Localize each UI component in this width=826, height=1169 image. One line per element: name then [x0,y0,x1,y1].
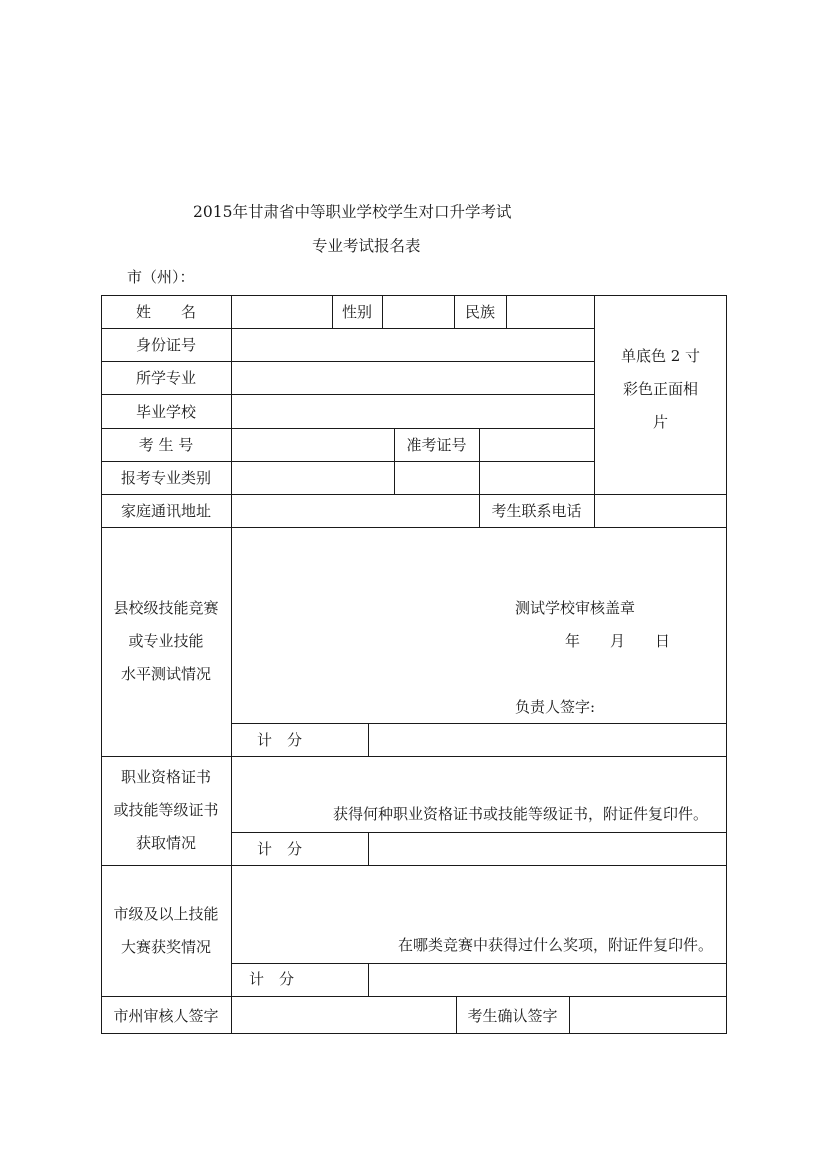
graduated-school-label: 毕业学校 [101,394,231,428]
name-label: 姓 名 [101,295,231,328]
certificate-label: 职业资格证书 或技能等级证书 获取情况 [101,756,231,865]
skill-competition-label: 县校级技能竞赛 或专业技能 水平测试情况 [101,527,231,756]
id-number-label: 身份证号 [101,328,231,361]
date-note: 年 月 日 [565,634,670,649]
admission-ticket-label: 准考证号 [394,428,479,461]
admission-ticket-field[interactable] [480,428,594,461]
city-reviewer-signature-label: 市州审核人签字 [101,996,231,1034]
gender-label: 性别 [332,295,382,328]
major-label: 所学专业 [101,361,231,394]
skill-competition-field[interactable] [232,528,726,723]
photo-placeholder[interactable]: 单底色 2 寸 彩色正面相 片 [595,340,726,440]
certificate-score-field[interactable] [369,833,726,865]
candidate-confirm-signature-label: 考生确认签字 [456,996,569,1034]
exam-major-category-field[interactable] [232,461,394,494]
candidate-confirm-signature-field[interactable] [570,997,726,1033]
name-field[interactable] [232,295,332,328]
city-award-label: 市级及以上技能 大赛获奖情况 [101,866,231,996]
photo-note-line3: 片 [653,406,668,439]
phone-label: 考生联系电话 [479,494,594,527]
signature-note: 负责人签字: [515,700,595,715]
candidate-number-field[interactable] [232,428,394,461]
school-stamp-note: 测试学校审核盖章 [515,601,635,616]
certificate-hint: 获得何种职业资格证书或技能等级证书，附证件复印件。 [333,807,708,822]
city-reviewer-signature-field[interactable] [232,997,456,1033]
form-title-line2: 专业考试报名表 [312,239,421,255]
city-label: 市（州）： [127,270,195,285]
phone-field[interactable] [595,494,726,527]
candidate-number-label: 考 生 号 [101,428,231,461]
skill-score-label: 计 分 [257,733,302,748]
ethnicity-label: 民族 [454,295,506,328]
city-award-score-field[interactable] [369,964,726,996]
major-field[interactable] [232,361,594,394]
gender-field[interactable] [383,295,454,328]
photo-note-line2: 彩色正面相 [623,373,698,406]
skill-score-field[interactable] [369,724,726,756]
form-title-line1: 2015年甘肃省中等职业学校学生对口升学考试 [193,205,511,221]
ethnicity-field[interactable] [507,295,594,328]
city-award-hint: 在哪类竞赛中获得过什么奖项，附证件复印件。 [398,938,713,953]
graduated-school-field[interactable] [232,394,594,428]
photo-note-line1: 单底色 2 寸 [621,340,700,373]
id-number-field[interactable] [232,328,594,361]
home-address-label: 家庭通讯地址 [101,494,231,527]
city-award-score-label: 计 分 [249,972,294,987]
exam-major-category-label: 报考专业类别 [101,461,231,494]
home-address-field[interactable] [232,494,479,527]
certificate-score-label: 计 分 [257,842,302,857]
